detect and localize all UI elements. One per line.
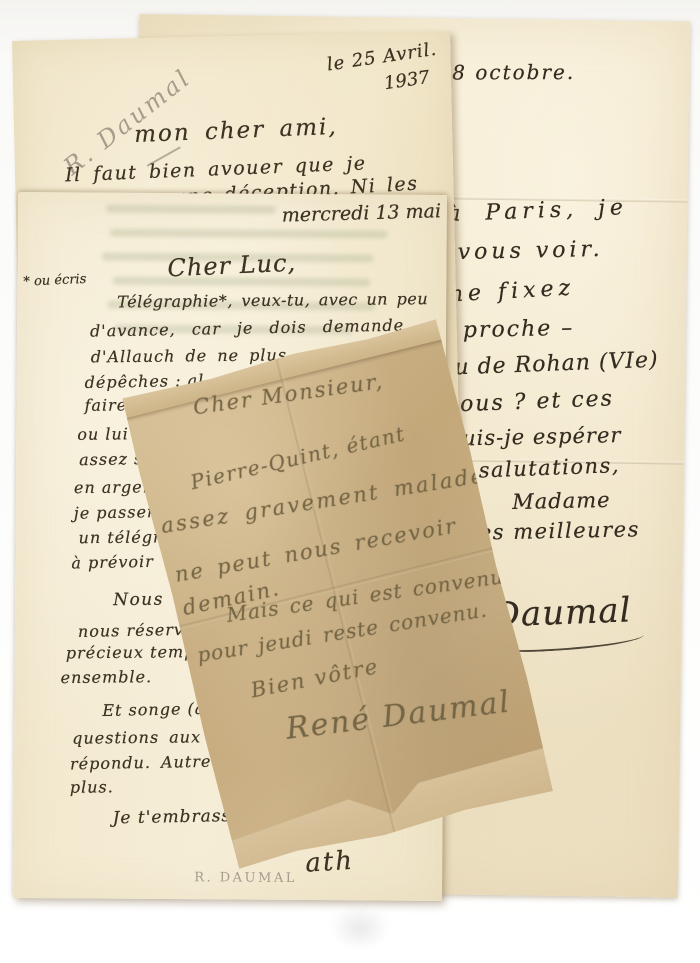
handwriting-line: Nous — [113, 592, 164, 610]
letter-date-year: 1937 — [383, 69, 431, 93]
pencil-caption: R. DAUMAL — [194, 871, 297, 885]
signature: Daumal — [492, 593, 632, 632]
handwriting-line: ensemble. — [61, 669, 153, 686]
ink-showthrough — [110, 229, 388, 239]
handwriting-line: Je t'embrasse — [112, 808, 242, 827]
handwriting-line: à prévoir — [71, 554, 154, 572]
ink-showthrough — [106, 205, 276, 214]
handwriting-line: d'avance, car je dois demande — [90, 318, 404, 340]
handwriting-line: ou lui — [77, 426, 129, 443]
handwriting-line: Madame — [512, 490, 611, 513]
handwriting-line: mon cher ami, — [134, 116, 338, 147]
handwriting-line: es meilleures — [479, 519, 640, 543]
letter-date-heading: mercredi 13 mai — [282, 202, 442, 225]
handwriting-line: précieux temp — [66, 644, 196, 661]
handwriting-line: Télégraphie*, veux-tu, avec un peu — [117, 291, 428, 310]
signature: René Daumal — [284, 687, 512, 744]
signature-fragment: ath — [305, 848, 355, 877]
handwriting-line: faire — [84, 397, 127, 413]
handwriting-line: nous réservo — [78, 622, 195, 640]
letter-date: 8 octobre. — [452, 62, 575, 82]
handwriting-line: Et songe (a — [102, 701, 205, 719]
handwriting-line: assez s — [79, 451, 143, 468]
handwriting-line: répondu. Autrem — [70, 753, 228, 772]
handwriting-line: ou de Rohan (VIe) — [440, 350, 659, 380]
salutation: Cher Luc, — [167, 251, 297, 281]
handwriting-line: s proche – — [440, 318, 574, 343]
photo-of-letters: 8 octobre. è, à Paris, je vous voir. me … — [0, 0, 700, 963]
handwriting-line: vous ? et ces — [445, 388, 614, 416]
pencil-smudge — [330, 905, 390, 950]
handwriting-line: uis-je espérer — [462, 425, 622, 449]
handwriting-line: à Paris, je — [447, 197, 628, 226]
margin-note: * ou écris — [23, 273, 87, 289]
handwriting-line: plus. — [70, 779, 114, 795]
handwriting-line: questions aux q — [72, 729, 222, 747]
handwriting-line: me fixez — [442, 277, 576, 306]
handwriting-line: vous voir. — [458, 239, 604, 264]
handwriting-line: salutations, — [478, 455, 620, 481]
